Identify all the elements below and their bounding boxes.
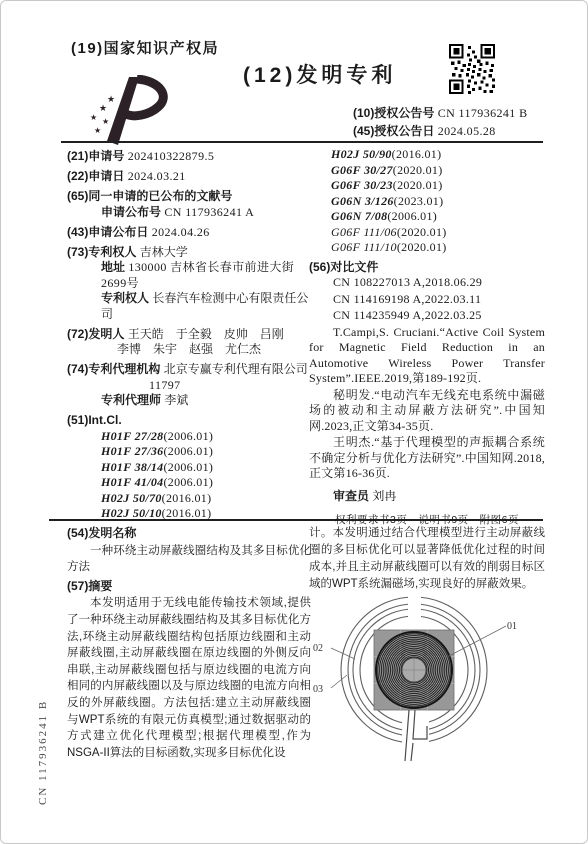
- grant-number: CN 117936241 B: [438, 106, 528, 120]
- intcl-entry: G06F 111/10(2020.01): [309, 240, 545, 256]
- document-type-title: (12)发明专利: [243, 59, 396, 89]
- agency-row: (74)专利代理机构 北京专赢专利代理有限公司 11797 专利代理师 李斌: [67, 362, 312, 409]
- publication-number: CN 117936241 A: [164, 205, 254, 219]
- citations-label: (56)对比文件: [309, 260, 545, 276]
- application-number-row: (21)申请号 202410322879.5: [67, 149, 312, 165]
- intcl-entry: G06F 30/23(2020.01): [309, 178, 545, 194]
- application-number-label: (21)申请号: [67, 149, 124, 163]
- grant-number-label: (10)授权公告号: [353, 106, 434, 120]
- agency-label: (74)专利代理机构: [67, 362, 160, 376]
- prior-publication-row: (65)同一申请的已公布的文献号 申请公布号 CN 117936241 A: [67, 189, 312, 220]
- intcl-section: (51)Int.Cl. H01F 27/28(2006.01) H01F 27/…: [67, 413, 312, 522]
- application-date-label: (22)申请日: [67, 169, 124, 183]
- patentee-label: (73)专利权人: [67, 245, 136, 259]
- inventors-label: (72)发明人: [67, 327, 124, 341]
- svg-text:★: ★: [107, 94, 115, 104]
- abstract-right-column: 计。本发明通过结合代理模型进行主动屏蔽线圈的多目标优化可以显著降低优化过程的时间…: [309, 525, 545, 593]
- patentee-2-line: 专利权人 长春汽车检测中心有限责任公司: [67, 291, 312, 322]
- citation-cn: CN 114235949 A,2022.03.25: [309, 308, 545, 324]
- intcl-entry: H02J 50/90(2016.01): [309, 147, 545, 163]
- intcl-entry: H01F 38/14(2006.01): [67, 460, 312, 476]
- abstract-divider: [49, 519, 543, 521]
- prior-publication-label: (65)同一申请的已公布的文献号: [67, 189, 232, 203]
- figure-label-01: 01: [507, 621, 517, 632]
- intcl-entry: H02J 50/70(2016.01): [67, 491, 312, 507]
- intcl-entry: H01F 27/28(2006.01): [67, 429, 312, 445]
- patentee-row: (73)专利权人 吉林大学 地址 130000 吉林省长春市前进大街2699号 …: [67, 245, 312, 323]
- agent-line: 专利代理师 李斌: [67, 393, 312, 409]
- invention-title-label: (54)发明名称: [67, 525, 311, 542]
- svg-text:★: ★: [90, 113, 97, 122]
- patentee-2-label: 专利权人: [101, 291, 149, 305]
- figure-coil-diagram: 01 02 03: [309, 593, 544, 770]
- invention-title: 一种环绕主动屏蔽线圈结构及其多目标优化方法: [67, 543, 311, 576]
- abstract-text-left: 本发明适用于无线电能传输技术领域,提供了一种环绕主动屏蔽线圈结构及其多目标优化方…: [67, 595, 311, 761]
- application-number: 202410322879.5: [128, 149, 215, 163]
- citation-paragraph: T.Campi,S. Cruciani.“Active Coil System …: [309, 325, 545, 387]
- qr-code-icon: [449, 44, 495, 99]
- intcl-entry: G06N 7/08(2006.01): [309, 209, 545, 225]
- intcl-entry: G06F 30/27(2020.01): [309, 163, 545, 179]
- intcl-entry: G06F 111/06(2020.01): [309, 225, 545, 241]
- abstract-label: (57)摘要: [67, 578, 311, 595]
- agency-name: 北京专赢专利代理有限公司: [164, 362, 308, 376]
- application-date-row: (22)申请日 2024.03.21: [67, 169, 312, 185]
- publication-date-label: (43)申请公布日: [67, 225, 148, 239]
- patentee-1: 吉林大学: [140, 245, 188, 259]
- issuing-office: (19)国家知识产权局: [71, 37, 219, 58]
- grant-number-line: (10)授权公告号 CN 117936241 B: [353, 104, 528, 122]
- agent-label: 专利代理师: [101, 393, 161, 407]
- examiner-name: 刘冉: [372, 489, 396, 503]
- patent-front-page: (19)国家知识产权局 ★ ★ ★ ★ ★ (12)发明专利 (10)授权公告号…: [0, 0, 588, 844]
- figure-label-03: 03: [313, 684, 323, 695]
- inventors-line-1: 王天皓 于全毅 皮帅 吕刚: [128, 327, 284, 341]
- abstract-text-right: 计。本发明通过结合代理模型进行主动屏蔽线圈的多目标优化可以显著降低优化过程的时间…: [309, 525, 545, 593]
- spine-document-id: CN 117936241 B: [37, 595, 49, 805]
- abstract-left-column: (54)发明名称 一种环绕主动屏蔽线圈结构及其多目标优化方法 (57)摘要 本发…: [67, 525, 311, 761]
- grant-date-line: (45)授权公告日 2024.05.28: [353, 122, 528, 140]
- inventors-line-2: 李博 朱宇 赵强 尤仁杰: [67, 342, 312, 358]
- citation-paragraph: 秘明发.“电动汽车无线充电系统中漏磁场的被动和主动屏蔽方法研究”.中国知网.20…: [309, 388, 545, 435]
- intcl-entry: H01F 27/36(2006.01): [67, 444, 312, 460]
- grant-date: 2024.05.28: [438, 124, 496, 138]
- grant-info: (10)授权公告号 CN 117936241 B (45)授权公告日 2024.…: [353, 104, 528, 140]
- address: 130000 吉林省长春市前进大街2699号: [101, 260, 294, 290]
- publication-number-line: 申请公布号 CN 117936241 A: [67, 205, 312, 221]
- svg-text:★: ★: [102, 117, 109, 126]
- address-line: 地址 130000 吉林省长春市前进大街2699号: [67, 260, 312, 291]
- svg-text:★: ★: [94, 126, 101, 135]
- agent-name: 李斌: [164, 393, 188, 407]
- citation-cn: CN 108227013 A,2018.06.29: [309, 275, 545, 291]
- inventors-row: (72)发明人 王天皓 于全毅 皮帅 吕刚 李博 朱宇 赵强 尤仁杰: [67, 327, 312, 358]
- examiner-label: 审查员: [333, 489, 369, 503]
- publication-date-row: (43)申请公布日 2024.04.26: [67, 225, 312, 241]
- publication-number-label: 申请公布号: [101, 205, 161, 219]
- svg-text:★: ★: [99, 103, 107, 113]
- citation-cn: CN 114169198 A,2022.03.11: [309, 292, 545, 308]
- citation-paragraph: 王明杰.“基于代理模型的声振耦合系统不确定分析与优化方法研究”.中国知网.201…: [309, 435, 545, 482]
- biblio-right-column: H02J 50/90(2016.01) G06F 30/27(2020.01) …: [309, 147, 545, 529]
- examiner-row: 审查员 刘冉: [309, 489, 545, 505]
- header-divider: [61, 141, 543, 143]
- application-date: 2024.03.21: [128, 169, 186, 183]
- intcl-entry: G06N 3/126(2023.01): [309, 194, 545, 210]
- biblio-left-column: (21)申请号 202410322879.5 (22)申请日 2024.03.2…: [67, 149, 312, 526]
- figure-label-02: 02: [313, 643, 323, 654]
- intcl-label: (51)Int.Cl.: [67, 413, 122, 427]
- intcl-entry: H01F 41/04(2006.01): [67, 475, 312, 491]
- address-label: 地址: [101, 260, 125, 274]
- publication-date: 2024.04.26: [152, 225, 210, 239]
- agency-code: 11797: [67, 378, 312, 394]
- grant-date-label: (45)授权公告日: [353, 124, 434, 138]
